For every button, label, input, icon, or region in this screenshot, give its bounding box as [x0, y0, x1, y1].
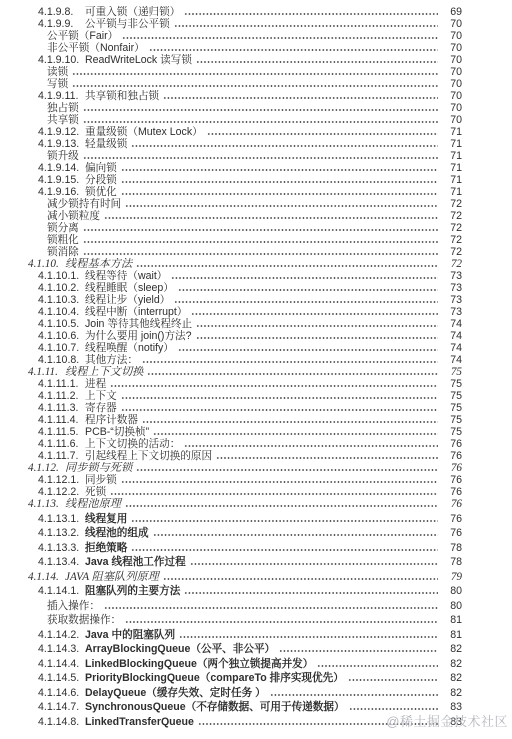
dot-leader: [196, 331, 438, 342]
toc-entry-page: 72: [440, 199, 462, 210]
toc-entry[interactable]: 4.1.11.5.PCB-“切换桢”75: [0, 426, 512, 438]
toc-entry[interactable]: 4.1.11.4.程序计数器75: [0, 414, 512, 426]
toc-entry-title: 锁分离: [47, 223, 79, 234]
toc-entry-page: 70: [440, 115, 462, 126]
toc-entry-title: Join 等待其他线程终止: [85, 319, 192, 330]
toc-entry[interactable]: 4.1.14.6.DelayQueue（缓存失效、定时任务 ）82: [0, 684, 512, 699]
toc-entry[interactable]: 4.1.9.15.分段锁71: [0, 174, 512, 186]
toc-entry-title: 线程池原理: [65, 499, 121, 510]
toc-entry-number: 4.1.13.1.: [38, 514, 85, 525]
toc-entry-page: 72: [440, 211, 462, 222]
dot-leader: [83, 247, 438, 258]
toc-entry-title: 重量级锁（Mutex Lock）: [85, 127, 203, 138]
toc-entry-page: 74: [440, 331, 462, 342]
dot-leader: [121, 475, 438, 486]
toc-entry-page: 74: [440, 319, 462, 330]
toc-entry-page: 76: [440, 451, 462, 462]
toc-entry-number: 4.1.10.4.: [38, 307, 85, 318]
dot-leader: [196, 319, 438, 330]
toc-entry-page: 80: [440, 601, 462, 612]
toc-entry-title: 公平锁（Fair）: [47, 31, 118, 42]
toc-entry[interactable]: 4.1.14.5.PriorityBlockingQueue（compareTo…: [0, 670, 512, 685]
toc-entry-number: 4.1.14.6.: [38, 688, 85, 699]
toc-entry-title: LinkedBlockingQueue（两个独立锁提高并发）: [85, 659, 313, 670]
toc-entry-number: 4.1.14.8.: [38, 717, 85, 728]
toc-entry-title: 独占锁: [47, 103, 79, 114]
toc-entry-page: 78: [440, 557, 462, 568]
dot-leader: [83, 103, 438, 114]
document-toc-page: 4.1.9.8.可重入锁（递归锁）694.1.9.9.公平锁与非公平锁70公平锁…: [0, 0, 512, 739]
dot-leader: [184, 7, 438, 18]
toc-entry[interactable]: 4.1.9.8.可重入锁（递归锁）69: [0, 6, 512, 18]
toc-entry-page: 73: [440, 271, 462, 282]
toc-entry-title: LinkedTransferQueue: [85, 717, 194, 728]
dot-leader: [125, 199, 438, 210]
toc-entry[interactable]: 4.1.11.6.上下文切换的活动：76: [0, 438, 512, 450]
toc-entry-title: 插入操作：: [47, 601, 100, 612]
toc-entry-title: 拒绝策略: [85, 543, 127, 554]
toc-entry-page: 76: [440, 514, 462, 525]
toc-entry-number: 4.1.14.4.: [38, 659, 85, 670]
toc-entry[interactable]: 减小锁粒度72: [0, 210, 512, 222]
toc-entry-number: 4.1.10.8.: [38, 355, 85, 366]
toc-entry[interactable]: 4.1.14.2.Java 中的阻塞队列81: [0, 626, 512, 641]
toc-entry[interactable]: 4.1.10.线程基本方法72: [0, 258, 512, 270]
toc-entry-number: 4.1.11.4.: [38, 415, 85, 426]
toc-entry-number: 4.1.10.7.: [38, 343, 85, 354]
toc-entry-page: 75: [440, 415, 462, 426]
toc-entry-number: 4.1.10.3.: [38, 295, 85, 306]
dot-leader: [190, 557, 438, 568]
dot-leader: [72, 79, 438, 90]
toc-entry-number: 4.1.14.3.: [38, 644, 85, 655]
dot-leader: [121, 163, 438, 174]
toc-entry-page: 76: [440, 463, 462, 474]
toc-entry-title: 共享锁和独占锁: [85, 91, 159, 102]
toc-entry-title: 写锁: [47, 79, 68, 90]
toc-entry-title: 线程唤醒（notify）: [85, 343, 174, 354]
toc-entry-number: 4.1.13.4.: [38, 557, 85, 568]
dot-leader: [136, 463, 438, 474]
toc-entry-page: 70: [440, 67, 462, 78]
toc-entry-page: 82: [440, 688, 462, 699]
toc-entry-title: SynchronousQueue（不存储数据、可用于传递数据）: [85, 702, 345, 713]
toc-entry[interactable]: 4.1.9.14.偏向锁71: [0, 162, 512, 174]
toc-entry-title: 读锁: [47, 67, 68, 78]
toc-entry[interactable]: 4.1.14.JAVA 阻塞队列原理79: [0, 568, 512, 583]
toc-entry-title: 上下文切换的活动：: [85, 439, 180, 450]
toc-entry-page: 76: [440, 487, 462, 498]
toc-entry-title: JAVA 阻塞队列原理: [65, 572, 159, 583]
toc-entry-number: 4.1.11.7.: [38, 451, 85, 462]
toc-entry[interactable]: 4.1.12.1.同步锁76: [0, 474, 512, 486]
toc-entry-page: 75: [440, 367, 462, 378]
dot-leader: [110, 487, 438, 498]
dot-leader: [191, 307, 438, 318]
dot-leader: [163, 572, 438, 583]
toc-entry[interactable]: 4.1.11.线程上下文切换75: [0, 366, 512, 378]
toc-entry-title: 公平锁与非公平锁: [85, 19, 170, 30]
toc-entry-title: 锁优化: [85, 187, 117, 198]
toc-entry-page: 71: [440, 187, 462, 198]
toc-entry[interactable]: 读锁70: [0, 66, 512, 78]
toc-entry-number: 4.1.10.6.: [38, 331, 85, 342]
toc-entry[interactable]: 4.1.10.6.为什么要用 join()方法?74: [0, 330, 512, 342]
toc-entry[interactable]: 插入操作：80: [0, 597, 512, 612]
toc-entry[interactable]: 4.1.12.同步锁与死锁76: [0, 462, 512, 474]
toc-entry-page: 70: [440, 43, 462, 54]
toc-entry-page: 82: [440, 673, 462, 684]
dot-leader: [121, 391, 438, 402]
toc-entry-page: 72: [440, 235, 462, 246]
toc-entry[interactable]: 4.1.14.4.LinkedBlockingQueue（两个独立锁提高并发）8…: [0, 655, 512, 670]
toc-entry-title: 减少锁持有时间: [47, 199, 121, 210]
toc-entry[interactable]: 4.1.11.3.寄存器75: [0, 402, 512, 414]
toc-entry-number: 4.1.12.2.: [38, 487, 85, 498]
dot-leader: [196, 55, 438, 66]
toc-entry[interactable]: 锁升级71: [0, 150, 512, 162]
toc-entry-page: 72: [440, 247, 462, 258]
toc-entry-title: 死锁: [85, 487, 106, 498]
toc-entry[interactable]: 4.1.12.2.死锁76: [0, 486, 512, 498]
toc-entry-title: 共享锁: [47, 115, 79, 126]
dot-leader: [131, 514, 438, 525]
toc-entry[interactable]: 4.1.13.2.线程池的组成76: [0, 525, 512, 540]
toc-entry-page: 76: [440, 528, 462, 539]
toc-entry-number: 4.1.10.: [28, 259, 65, 270]
toc-entry-title: 获取数据操作：: [47, 615, 121, 626]
toc-entry-title: 线程池的组成: [85, 528, 149, 539]
toc-entry-title: 程序计数器: [85, 415, 138, 426]
dot-leader: [72, 67, 438, 78]
toc-entry[interactable]: 4.1.10.4.线程中断（interrupt）73: [0, 306, 512, 318]
dot-leader: [121, 403, 438, 414]
toc-entry-title: ArrayBlockingQueue（公平、非公平）: [85, 644, 275, 655]
toc-entry[interactable]: 锁消除72: [0, 246, 512, 258]
toc-entry-title: 为什么要用 join()方法?: [85, 331, 192, 342]
toc-entry-number: 4.1.9.9.: [38, 19, 85, 30]
toc-entry-number: 4.1.14.2.: [38, 630, 85, 641]
toc-entry-title: 线程睡眠（sleep）: [85, 283, 174, 294]
dot-leader: [207, 127, 438, 138]
toc-entry-page: 70: [440, 31, 462, 42]
toc-entry[interactable]: 4.1.13.1.线程复用76: [0, 510, 512, 525]
toc-entry[interactable]: 锁粗化72: [0, 234, 512, 246]
toc-entry-page: 75: [440, 391, 462, 402]
toc-entry-title: 锁升级: [47, 151, 79, 162]
toc-entry-page: 81: [440, 615, 462, 626]
toc-entry-page: 75: [440, 427, 462, 438]
toc-entry-title: 线程等待（wait）: [85, 271, 167, 282]
toc-entry-title: 引起线程上下文切换的原因: [85, 451, 212, 462]
toc-entry[interactable]: 4.1.9.11.共享锁和独占锁70: [0, 90, 512, 102]
toc-entry[interactable]: 4.1.11.1.进程75: [0, 378, 512, 390]
toc-entry-title: 非公平锁（Nonfair）: [47, 43, 145, 54]
toc-entry[interactable]: 获取数据操作：81: [0, 612, 512, 627]
toc-entry[interactable]: 4.1.10.2.线程睡眠（sleep）73: [0, 282, 512, 294]
toc-entry-title: 可重入锁（递归锁）: [85, 7, 180, 18]
dot-leader: [125, 499, 438, 510]
toc-entry[interactable]: 4.1.9.10.ReadWriteLock 读写锁70: [0, 54, 512, 66]
toc-entry-number: 4.1.11.2.: [38, 391, 85, 402]
toc-entry-title: 偏向锁: [85, 163, 117, 174]
dot-leader: [121, 187, 438, 198]
dot-leader: [147, 367, 438, 378]
dot-leader: [121, 175, 438, 186]
watermark: @稀土掘金技术社区: [386, 711, 508, 730]
toc-entry-page: 70: [440, 103, 462, 114]
toc-entry-title: 寄存器: [85, 403, 117, 414]
toc-entry-title: 线程复用: [85, 514, 127, 525]
toc-entry-number: 4.1.13.2.: [38, 528, 85, 539]
toc-entry[interactable]: 4.1.10.3.线程让步（yield）73: [0, 294, 512, 306]
toc-entry-page: 76: [440, 439, 462, 450]
toc-entry-number: 4.1.10.5.: [38, 319, 85, 330]
toc-entry-page: 70: [440, 79, 462, 90]
toc-entry-title: 同步锁与死锁: [65, 463, 132, 474]
toc-entry-title: DelayQueue（缓存失效、定时任务 ）: [85, 688, 266, 699]
toc-entry-number: 4.1.10.1.: [38, 271, 85, 282]
toc-entry[interactable]: 4.1.9.12.重量级锁（Mutex Lock）71: [0, 126, 512, 138]
toc-entry-number: 4.1.11.3.: [38, 403, 85, 414]
toc-entry-title: 锁消除: [47, 247, 79, 258]
dot-leader: [83, 235, 438, 246]
toc-entry[interactable]: 4.1.10.8.其他方法：74: [0, 354, 512, 366]
toc-entry-title: 线程中断（interrupt）: [85, 307, 187, 318]
toc-entry-title: 阻塞队列的主要方法: [85, 586, 180, 597]
toc-entry-number: 4.1.11.6.: [38, 439, 85, 450]
toc-entry-page: 73: [440, 283, 462, 294]
toc-entry[interactable]: 4.1.13.3.拒绝策略78: [0, 539, 512, 554]
toc-entry-number: 4.1.9.13.: [38, 139, 85, 150]
dot-leader: [83, 223, 438, 234]
dot-leader: [184, 586, 438, 597]
toc-entry-title: PriorityBlockingQueue（compareTo 排序实现优先）: [85, 673, 344, 684]
toc-entry-title: 上下文: [85, 391, 117, 402]
toc-entry-page: 76: [440, 499, 462, 510]
toc-entry-number: 4.1.14.5.: [38, 673, 85, 684]
dot-leader: [83, 115, 438, 126]
toc-entry-page: 71: [440, 175, 462, 186]
toc-entry-title: 分段锁: [85, 175, 117, 186]
dot-leader: [142, 355, 438, 366]
toc-entry-title: 同步锁: [85, 475, 117, 486]
toc-entry[interactable]: 共享锁70: [0, 114, 512, 126]
toc-entry[interactable]: 非公平锁（Nonfair）70: [0, 42, 512, 54]
dot-leader: [83, 151, 438, 162]
toc-entry-number: 4.1.13.3.: [38, 543, 85, 554]
dot-leader: [136, 259, 438, 270]
toc-entry[interactable]: 写锁70: [0, 78, 512, 90]
dot-leader: [110, 379, 438, 390]
dot-leader: [104, 211, 438, 222]
dot-leader: [179, 630, 438, 641]
toc-entry[interactable]: 锁分离72: [0, 222, 512, 234]
toc-entry-page: 72: [440, 223, 462, 234]
toc-entry[interactable]: 4.1.14.3.ArrayBlockingQueue（公平、非公平）82: [0, 641, 512, 656]
toc-entry-title: 线程让步（yield）: [85, 295, 170, 306]
toc-entry[interactable]: 4.1.13.4.Java 线程池工作过程78: [0, 554, 512, 569]
toc-entry-page: 70: [440, 19, 462, 30]
toc-entry-page: 71: [440, 139, 462, 150]
toc-entry-page: 82: [440, 659, 462, 670]
dot-leader: [279, 644, 438, 655]
dot-leader: [270, 688, 438, 699]
toc-entry[interactable]: 4.1.10.7.线程唤醒（notify）74: [0, 342, 512, 354]
toc-entry-number: 4.1.9.8.: [38, 7, 85, 18]
dot-leader: [163, 91, 438, 102]
toc-entry-number: 4.1.14.: [28, 572, 65, 583]
dot-leader: [216, 451, 438, 462]
dot-leader: [178, 343, 438, 354]
toc-entry-number: 4.1.9.11.: [38, 91, 85, 102]
toc-entry-page: 79: [440, 572, 462, 583]
toc-entry-page: 73: [440, 307, 462, 318]
toc-entry-page: 71: [440, 163, 462, 174]
toc-entry-title: Java 中的阻塞队列: [85, 630, 175, 641]
toc-entry-page: 74: [440, 355, 462, 366]
toc-entry-number: 4.1.13.: [28, 499, 65, 510]
toc-entry-title: 线程基本方法: [65, 259, 132, 270]
toc-entry-title: 锁粗化: [47, 235, 79, 246]
toc-entry[interactable]: 减少锁持有时间72: [0, 198, 512, 210]
toc-entry-title: 其他方法：: [85, 355, 138, 366]
toc-entry-page: 71: [440, 151, 462, 162]
toc-entry-page: 70: [440, 55, 462, 66]
toc-entry-page: 70: [440, 91, 462, 102]
toc-entry[interactable]: 4.1.10.1.线程等待（wait）73: [0, 270, 512, 282]
toc-entry[interactable]: 4.1.11.7.引起线程上下文切换的原因76: [0, 450, 512, 462]
toc-entry-number: 4.1.9.15.: [38, 175, 85, 186]
toc-entry-number: 4.1.11.1.: [38, 379, 85, 390]
toc-entry-title: 减小锁粒度: [47, 211, 100, 222]
toc-entry[interactable]: 4.1.10.5.Join 等待其他线程终止74: [0, 318, 512, 330]
toc-entry-number: 4.1.10.2.: [38, 283, 85, 294]
toc-entry[interactable]: 公平锁（Fair）70: [0, 30, 512, 42]
toc-entry[interactable]: 4.1.9.9.公平锁与非公平锁70: [0, 18, 512, 30]
toc-entry-page: 73: [440, 295, 462, 306]
toc-entry[interactable]: 4.1.14.1.阻塞队列的主要方法80: [0, 583, 512, 598]
toc-entry-title: 进程: [85, 379, 106, 390]
toc-entry-title: ReadWriteLock 读写锁: [85, 55, 192, 66]
toc-entry-page: 76: [440, 475, 462, 486]
toc-entry-title: Java 线程池工作过程: [85, 557, 186, 568]
toc-entry-number: 4.1.14.1.: [38, 586, 85, 597]
dot-leader: [178, 283, 438, 294]
dot-leader: [149, 43, 438, 54]
toc-entry-title: 线程上下文切换: [65, 367, 143, 378]
toc-entry-page: 75: [440, 403, 462, 414]
dot-leader: [348, 673, 438, 684]
dot-leader: [125, 615, 438, 626]
toc-entry-number: 4.1.9.10.: [38, 55, 85, 66]
toc-entry-page: 80: [440, 586, 462, 597]
toc-entry-title: PCB-“切换桢”: [85, 427, 149, 438]
dot-leader: [317, 659, 438, 670]
dot-leader: [131, 139, 438, 150]
toc-entry[interactable]: 4.1.9.16.锁优化71: [0, 186, 512, 198]
toc-entry-number: 4.1.11.: [28, 367, 65, 378]
toc-entry[interactable]: 4.1.13.线程池原理76: [0, 498, 512, 510]
dot-leader: [174, 19, 438, 30]
toc-entry[interactable]: 4.1.11.2.上下文75: [0, 390, 512, 402]
dot-leader: [131, 543, 438, 554]
toc-entry-page: 69: [440, 7, 462, 18]
toc-entry-number: 4.1.11.5.: [38, 427, 85, 438]
toc-entry-page: 78: [440, 543, 462, 554]
toc-entry-number: 4.1.14.7.: [38, 702, 85, 713]
toc-entry-page: 72: [440, 259, 462, 270]
dot-leader: [184, 439, 438, 450]
toc-entry-title: 轻量级锁: [85, 139, 127, 150]
toc-entry-page: 74: [440, 343, 462, 354]
toc-list: 4.1.9.8.可重入锁（递归锁）694.1.9.9.公平锁与非公平锁70公平锁…: [0, 6, 512, 728]
toc-entry-number: 4.1.9.14.: [38, 163, 85, 174]
toc-entry[interactable]: 独占锁70: [0, 102, 512, 114]
toc-entry-page: 71: [440, 127, 462, 138]
toc-entry-number: 4.1.12.1.: [38, 475, 85, 486]
toc-entry-number: 4.1.12.: [28, 463, 65, 474]
toc-entry-page: 82: [440, 644, 462, 655]
toc-entry-number: 4.1.9.12.: [38, 127, 85, 138]
dot-leader: [174, 295, 438, 306]
dot-leader: [153, 427, 438, 438]
dot-leader: [122, 31, 438, 42]
toc-entry-page: 75: [440, 379, 462, 390]
dot-leader: [104, 601, 438, 612]
toc-entry-page: 81: [440, 630, 462, 641]
dot-leader: [153, 528, 438, 539]
dot-leader: [171, 271, 438, 282]
dot-leader: [142, 415, 438, 426]
toc-entry-number: 4.1.9.16.: [38, 187, 85, 198]
toc-entry[interactable]: 4.1.9.13.轻量级锁71: [0, 138, 512, 150]
